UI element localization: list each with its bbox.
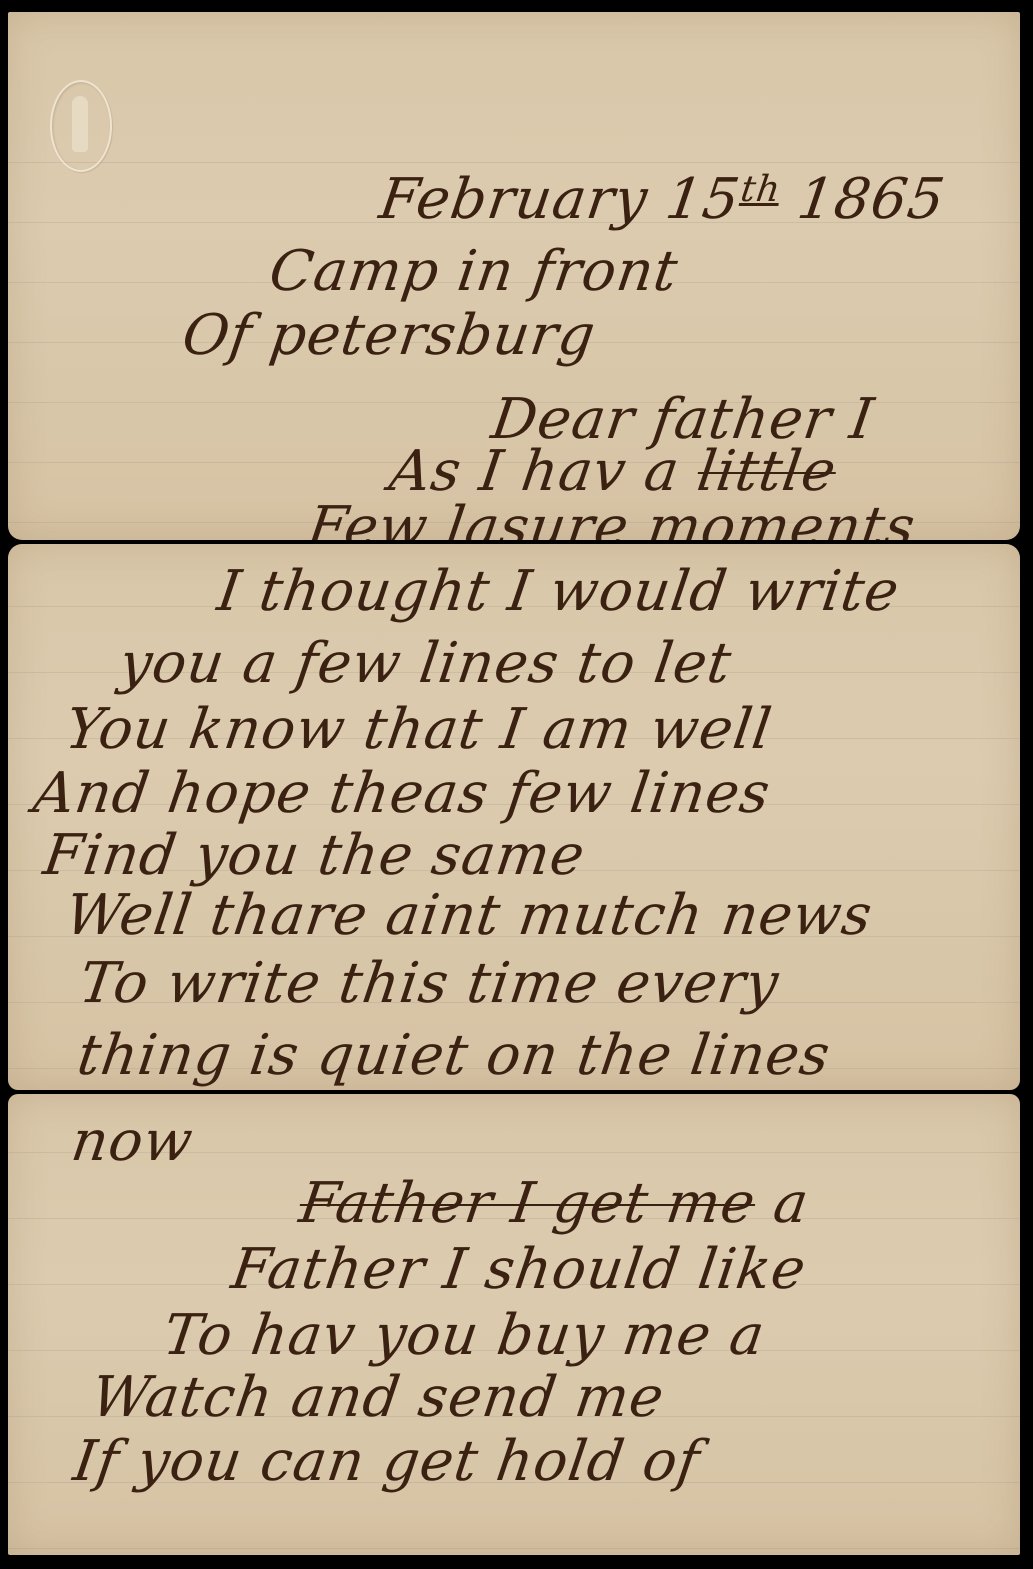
date-day: 15: [662, 167, 744, 232]
body-line: Find you the same: [40, 828, 588, 884]
body-line: If you can get hold of: [70, 1434, 703, 1490]
letter-panel-top: February 15th 1865 Camp in front Of pete…: [8, 12, 1020, 540]
body-line: thing is quiet on the lines: [74, 1028, 834, 1084]
letter-panel-middle: I thought I would write you a few lines …: [8, 544, 1020, 1090]
body-line: To hav you buy me a: [160, 1308, 768, 1364]
body-line: I thought I would write: [214, 564, 903, 620]
location-line-1: Camp in front: [266, 244, 681, 300]
date-year: 1865: [793, 167, 949, 232]
date-month: February: [376, 167, 653, 232]
body-line: You know that I am well: [62, 702, 775, 758]
body-line: As I hav a little: [386, 444, 840, 500]
struck-text: Father I get me: [296, 1171, 760, 1236]
body-line: Watch and send me: [88, 1370, 668, 1426]
body-line: you a few lines to let: [116, 636, 735, 692]
body-line: And hope theas few lines: [30, 766, 774, 822]
letter-sheet: February 15th 1865 Camp in front Of pete…: [8, 12, 1020, 1555]
date-ordinal: th: [738, 169, 783, 210]
letter-date: February 15th 1865: [376, 172, 948, 228]
body-line: Father I should like: [228, 1242, 810, 1298]
embossed-stamp-icon: [50, 80, 112, 172]
body-line: Well thare aint mutch news: [62, 888, 876, 944]
body-line: Father I get me a: [296, 1176, 812, 1232]
body-line: Few lasure moments: [304, 500, 919, 540]
body-line: now: [68, 1114, 197, 1170]
body-line: To write this time every: [76, 956, 782, 1012]
location-line-2: Of petersburg: [179, 308, 599, 364]
letter-panel-bottom: now Father I get me a Father I should li…: [8, 1094, 1020, 1555]
